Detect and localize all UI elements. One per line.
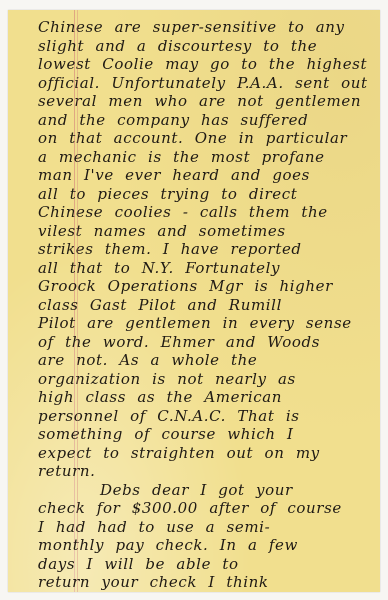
text-line: Pilot are gentlemen in every sense xyxy=(38,314,372,333)
text-line: of the word. Ehmer and Woods xyxy=(38,333,372,352)
text-line: something of course which I xyxy=(38,425,372,444)
text-line: organization is not nearly as xyxy=(38,370,372,389)
text-line-paragraph-start: Debs dear I got your xyxy=(38,481,372,500)
text-line: Chinese are super-sensitive to any xyxy=(38,18,372,37)
text-line: return. xyxy=(38,462,372,481)
text-line: strikes them. I have reported xyxy=(38,240,372,259)
text-line: personnel of C.N.A.C. That is xyxy=(38,407,372,426)
text-line: days I will be able to xyxy=(38,555,372,574)
text-line: are not. As a whole the xyxy=(38,351,372,370)
text-line: class Gast Pilot and Rumill xyxy=(38,296,372,315)
handwritten-text: Chinese are super-sensitive to any sligh… xyxy=(38,18,372,592)
text-line: vilest names and sometimes xyxy=(38,222,372,241)
text-line: and the company has suffered xyxy=(38,111,372,130)
text-line: official. Unfortunately P.A.A. sent out xyxy=(38,74,372,93)
text-line: Chinese coolies - calls them the xyxy=(38,203,372,222)
letter-page: Chinese are super-sensitive to any sligh… xyxy=(8,10,380,592)
text-line: lowest Coolie may go to the highest xyxy=(38,55,372,74)
text-line: all that to N.Y. Fortunately xyxy=(38,259,372,278)
text-line: several men who are not gentlemen xyxy=(38,92,372,111)
text-line: I had had to use a semi- xyxy=(38,518,372,537)
text-line: slight and a discourtesy to the xyxy=(38,37,372,56)
text-line: return your check I think xyxy=(38,573,372,592)
text-line: monthly pay check. In a few xyxy=(38,536,372,555)
text-line: on that account. One in particular xyxy=(38,129,372,148)
text-line: Groock Operations Mgr is higher xyxy=(38,277,372,296)
text-line: man I've ever heard and goes xyxy=(38,166,372,185)
text-line: all to pieces trying to direct xyxy=(38,185,372,204)
text-line: check for $300.00 after of course xyxy=(38,499,372,518)
text-line: expect to straighten out on my xyxy=(38,444,372,463)
text-line: a mechanic is the most profane xyxy=(38,148,372,167)
text-line: high class as the American xyxy=(38,388,372,407)
